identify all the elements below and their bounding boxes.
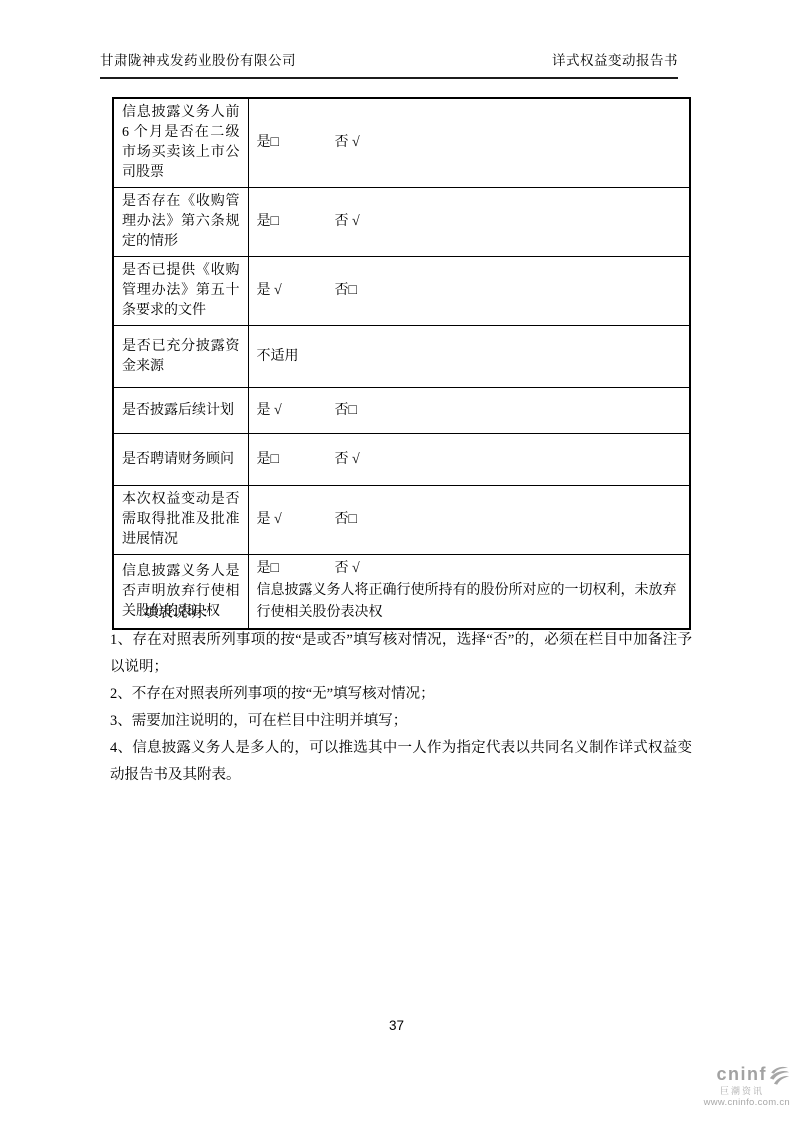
question-cell: 信息披露义务人前6 个月是否在二级市场买卖该上市公司股票 (113, 98, 248, 188)
filling-instructions: 填表说明： 1、存在对照表所列事项的按“是或否”填写核对情况，选择“否”的，必须… (110, 600, 692, 789)
cninfo-url: www.cninfo.com.cn (660, 1098, 790, 1108)
table-row: 是否聘请财务顾问 是□否 √ (113, 434, 690, 486)
no-option: 否 √ (335, 450, 360, 470)
note-item: 2、不存在对照表所列事项的按“无”填写核对情况； (110, 681, 692, 708)
header-company-name: 甘肃陇神戎发药业股份有限公司 (100, 49, 296, 69)
cninfo-chinese-name: 巨潮资讯 (660, 1087, 764, 1097)
question-cell: 是否已提供《收购管理办法》第五十条要求的文件 (113, 257, 248, 326)
header-report-title: 详式权益变动报告书 (552, 49, 678, 69)
no-option: 否 √ (335, 559, 360, 579)
page-number: 37 (0, 1018, 793, 1033)
cninfo-brand-text: cninf (717, 1065, 768, 1085)
yes-option: 是□ (257, 212, 335, 232)
table-row: 信息披露义务人前6 个月是否在二级市场买卖该上市公司股票 是□否 √ (113, 98, 690, 188)
table-row: 是否披露后续计划 是 √否□ (113, 388, 690, 434)
answer-cell: 是 √否□ (248, 486, 690, 555)
answer-cell: 是 √否□ (248, 388, 690, 434)
disclosure-checklist-table: 信息披露义务人前6 个月是否在二级市场买卖该上市公司股票 是□否 √ 是否存在《… (112, 97, 691, 630)
question-cell: 是否已充分披露资金来源 (113, 326, 248, 388)
table-row: 本次权益变动是否需取得批准及批准进展情况 是 √否□ (113, 486, 690, 555)
question-cell: 本次权益变动是否需取得批准及批准进展情况 (113, 486, 248, 555)
question-cell: 是否聘请财务顾问 (113, 434, 248, 486)
note-item: 1、存在对照表所列事项的按“是或否”填写核对情况，选择“否”的，必须在栏目中加备… (110, 627, 692, 681)
answer-cell: 是□否 √ (248, 98, 690, 188)
question-cell: 是否披露后续计划 (113, 388, 248, 434)
answer-cell: 不适用 (248, 326, 690, 388)
yes-option: 是 √ (257, 510, 335, 530)
cninfo-logo: cninf 巨潮资讯 www.cninfo.com.cn (660, 1064, 790, 1108)
yes-option: 是□ (257, 133, 335, 153)
table-row: 是否已提供《收购管理办法》第五十条要求的文件 是 √否□ (113, 257, 690, 326)
table-row: 是否存在《收购管理办法》第六条规定的情形 是□否 √ (113, 188, 690, 257)
cninfo-swirl-icon (768, 1064, 790, 1086)
yes-option: 是 √ (257, 281, 335, 301)
answer-cell: 是□否 √ (248, 434, 690, 486)
note-item: 3、需要加注说明的，可在栏目中注明并填写； (110, 708, 692, 735)
no-option: 否□ (335, 281, 357, 301)
question-cell: 是否存在《收购管理办法》第六条规定的情形 (113, 188, 248, 257)
running-header: 甘肃陇神戎发药业股份有限公司 详式权益变动报告书 (100, 49, 678, 79)
yes-option: 是□ (257, 450, 335, 470)
no-option: 否□ (335, 401, 357, 421)
yes-option: 是 √ (257, 401, 335, 421)
answer-cell: 是 √否□ (248, 257, 690, 326)
table-row: 是否已充分披露资金来源 不适用 (113, 326, 690, 388)
no-option: 否□ (335, 510, 357, 530)
notes-title: 填表说明： (110, 600, 692, 627)
note-item: 4、信息披露义务人是多人的，可以推选其中一人作为指定代表以共同名义制作详式权益变… (110, 735, 692, 789)
yes-option: 是□ (257, 559, 335, 579)
answer-cell: 是□否 √ (248, 188, 690, 257)
no-option: 否 √ (335, 212, 360, 232)
no-option: 否 √ (335, 133, 360, 153)
